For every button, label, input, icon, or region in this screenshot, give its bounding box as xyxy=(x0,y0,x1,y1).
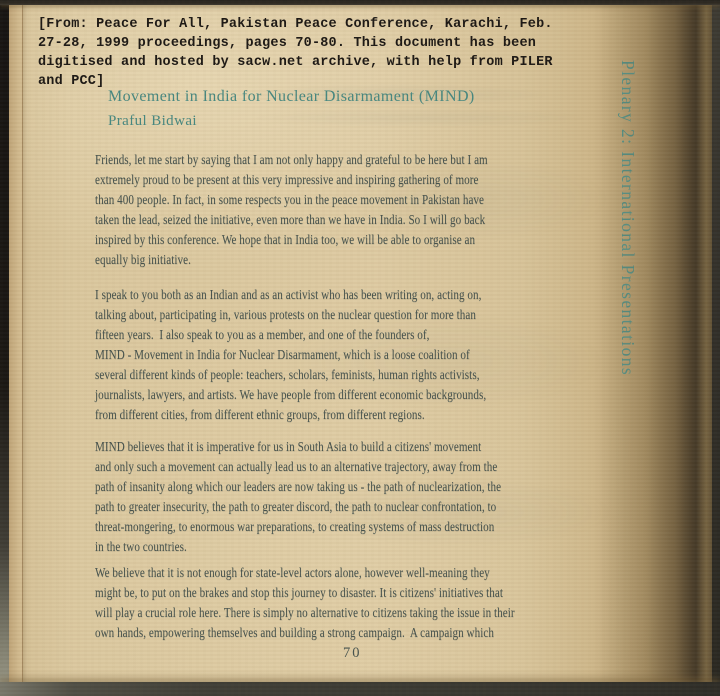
article-author: Praful Bidwai xyxy=(108,113,197,130)
paragraph-3: MIND believes that it is imperative for … xyxy=(95,437,501,557)
book-gutter-shadow xyxy=(597,0,712,696)
scan-edge-top xyxy=(0,0,720,5)
page-left-edge xyxy=(9,0,23,696)
article-title: Movement in India for Nuclear Disarmamen… xyxy=(108,88,475,106)
scan-edge-left xyxy=(0,0,9,696)
book-page-scan: [From: Peace For All, Pakistan Peace Con… xyxy=(0,0,720,696)
page-number: 70 xyxy=(343,645,362,662)
paragraph-4: We believe that it is not enough for sta… xyxy=(95,563,515,643)
archival-source-note: [From: Peace For All, Pakistan Peace Con… xyxy=(38,15,553,91)
scan-edge-bottom xyxy=(0,682,720,696)
paragraph-2: I speak to you both as an Indian and as … xyxy=(95,285,486,425)
scan-edge-right xyxy=(712,0,720,696)
paragraph-1: Friends, let me start by saying that I a… xyxy=(95,150,488,270)
